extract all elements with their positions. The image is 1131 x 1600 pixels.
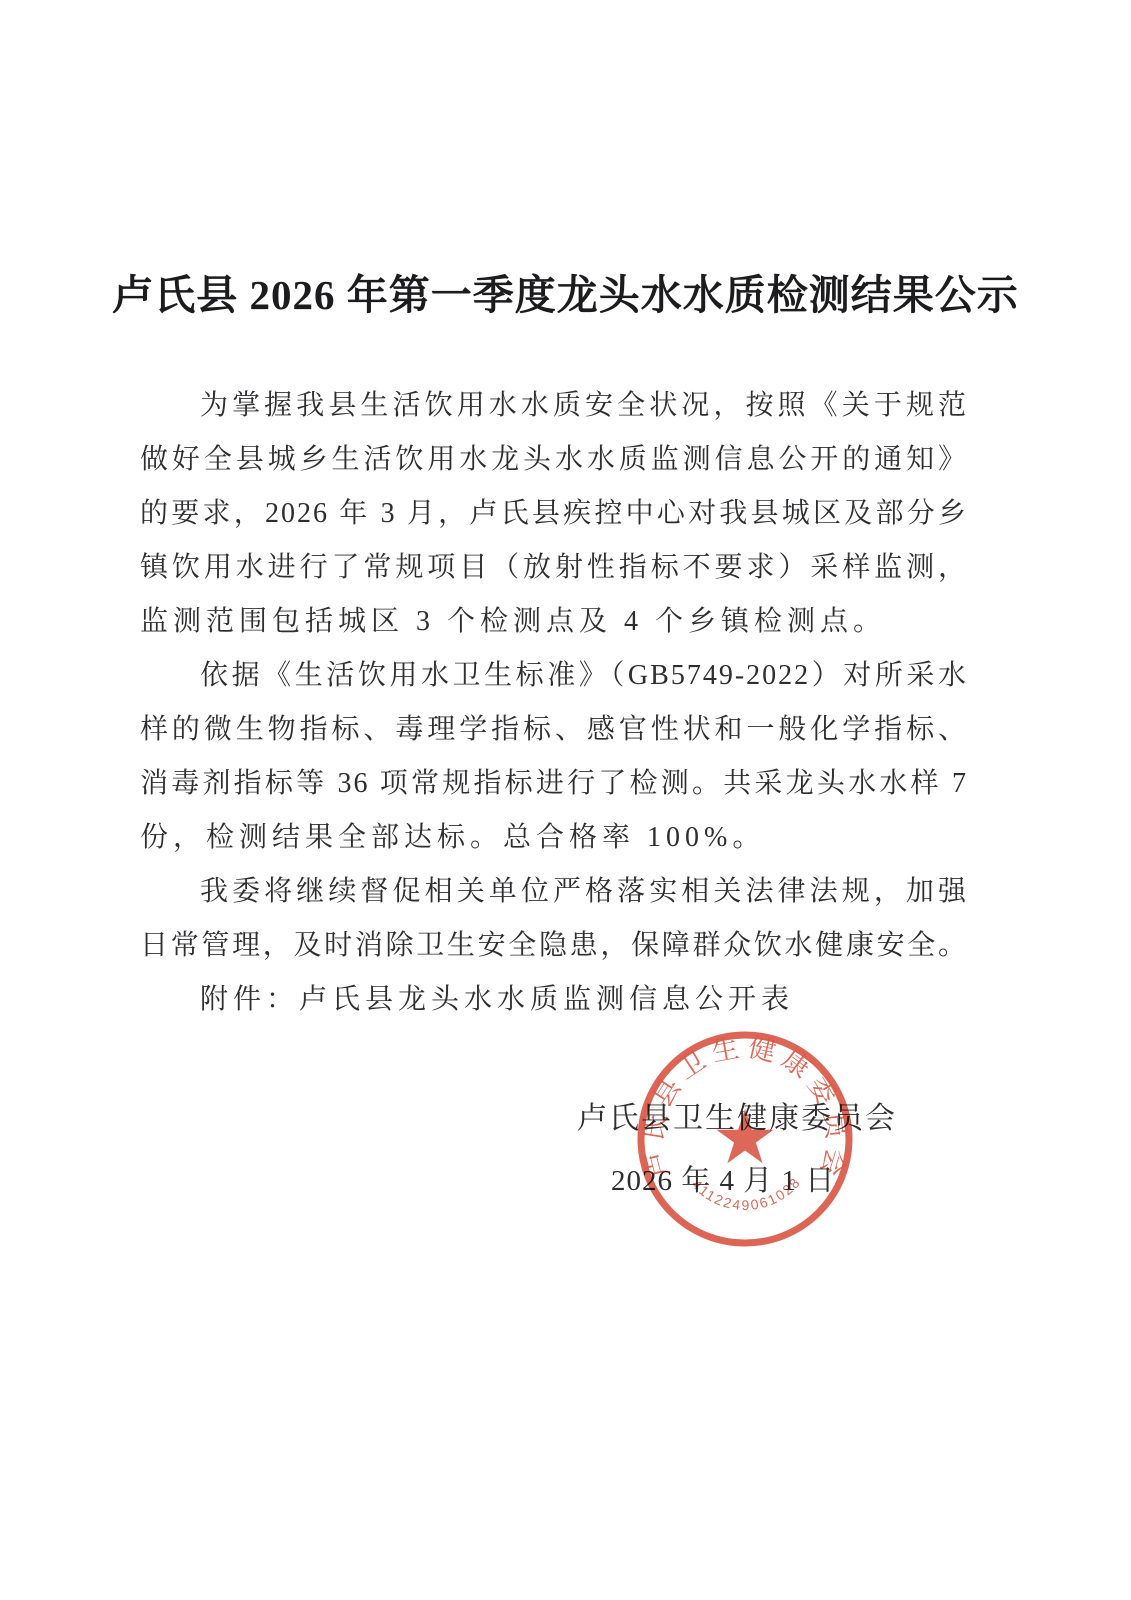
body-line: 监测范围包括城区 3 个检测点及 4 个乡镇检测点。: [140, 595, 968, 649]
body-line: 为掌握我县生活饮用水水质安全状况，按照《关于规范: [140, 379, 968, 433]
body-line: 样的微生物指标、毒理学指标、感官性状和一般化学指标、: [140, 703, 968, 757]
body-line: 依据《生活饮用水卫生标准》（GB5749-2022）对所采水: [140, 649, 968, 703]
body-line: 份，检测结果全部达标。总合格率 100%。: [140, 811, 968, 865]
seal-star-icon: [717, 1109, 774, 1163]
document-page: 卢氏县 2026 年第一季度龙头水水质检测结果公示 为掌握我县生活饮用水水质安全…: [0, 0, 1131, 1600]
body-line: 镇饮用水进行了常规项目（放射性指标不要求）采样监测，: [140, 541, 968, 595]
svg-text:4112249061028: 4112249061028: [689, 1174, 804, 1214]
seal-code: 4112249061028: [689, 1174, 804, 1214]
svg-text:卢氏县卫生健康委员会: 卢氏县卫生健康委员会: [638, 1032, 853, 1186]
body-line: 的要求，2026 年 3 月，卢氏县疾控中心对我县城区及部分乡: [140, 487, 968, 541]
document-body: 为掌握我县生活饮用水水质安全状况，按照《关于规范做好全县城乡生活饮用水龙头水水质…: [140, 379, 968, 1027]
document-title: 卢氏县 2026 年第一季度龙头水水质检测结果公示: [0, 262, 1131, 321]
body-line: 消毒剂指标等 36 项常规指标进行了检测。共采龙头水水样 7: [140, 757, 968, 811]
body-line: 我委将继续督促相关单位严格落实相关法律法规，加强: [140, 865, 968, 919]
official-seal: 卢氏县卫生健康委员会 4112249061028: [612, 1006, 878, 1272]
seal-ring-text: 卢氏县卫生健康委员会: [638, 1032, 853, 1186]
body-line: 做好全县城乡生活饮用水龙头水水质监测信息公开的通知》: [140, 433, 968, 487]
body-line: 日常管理，及时消除卫生安全隐患，保障群众饮水健康安全。: [140, 919, 968, 973]
